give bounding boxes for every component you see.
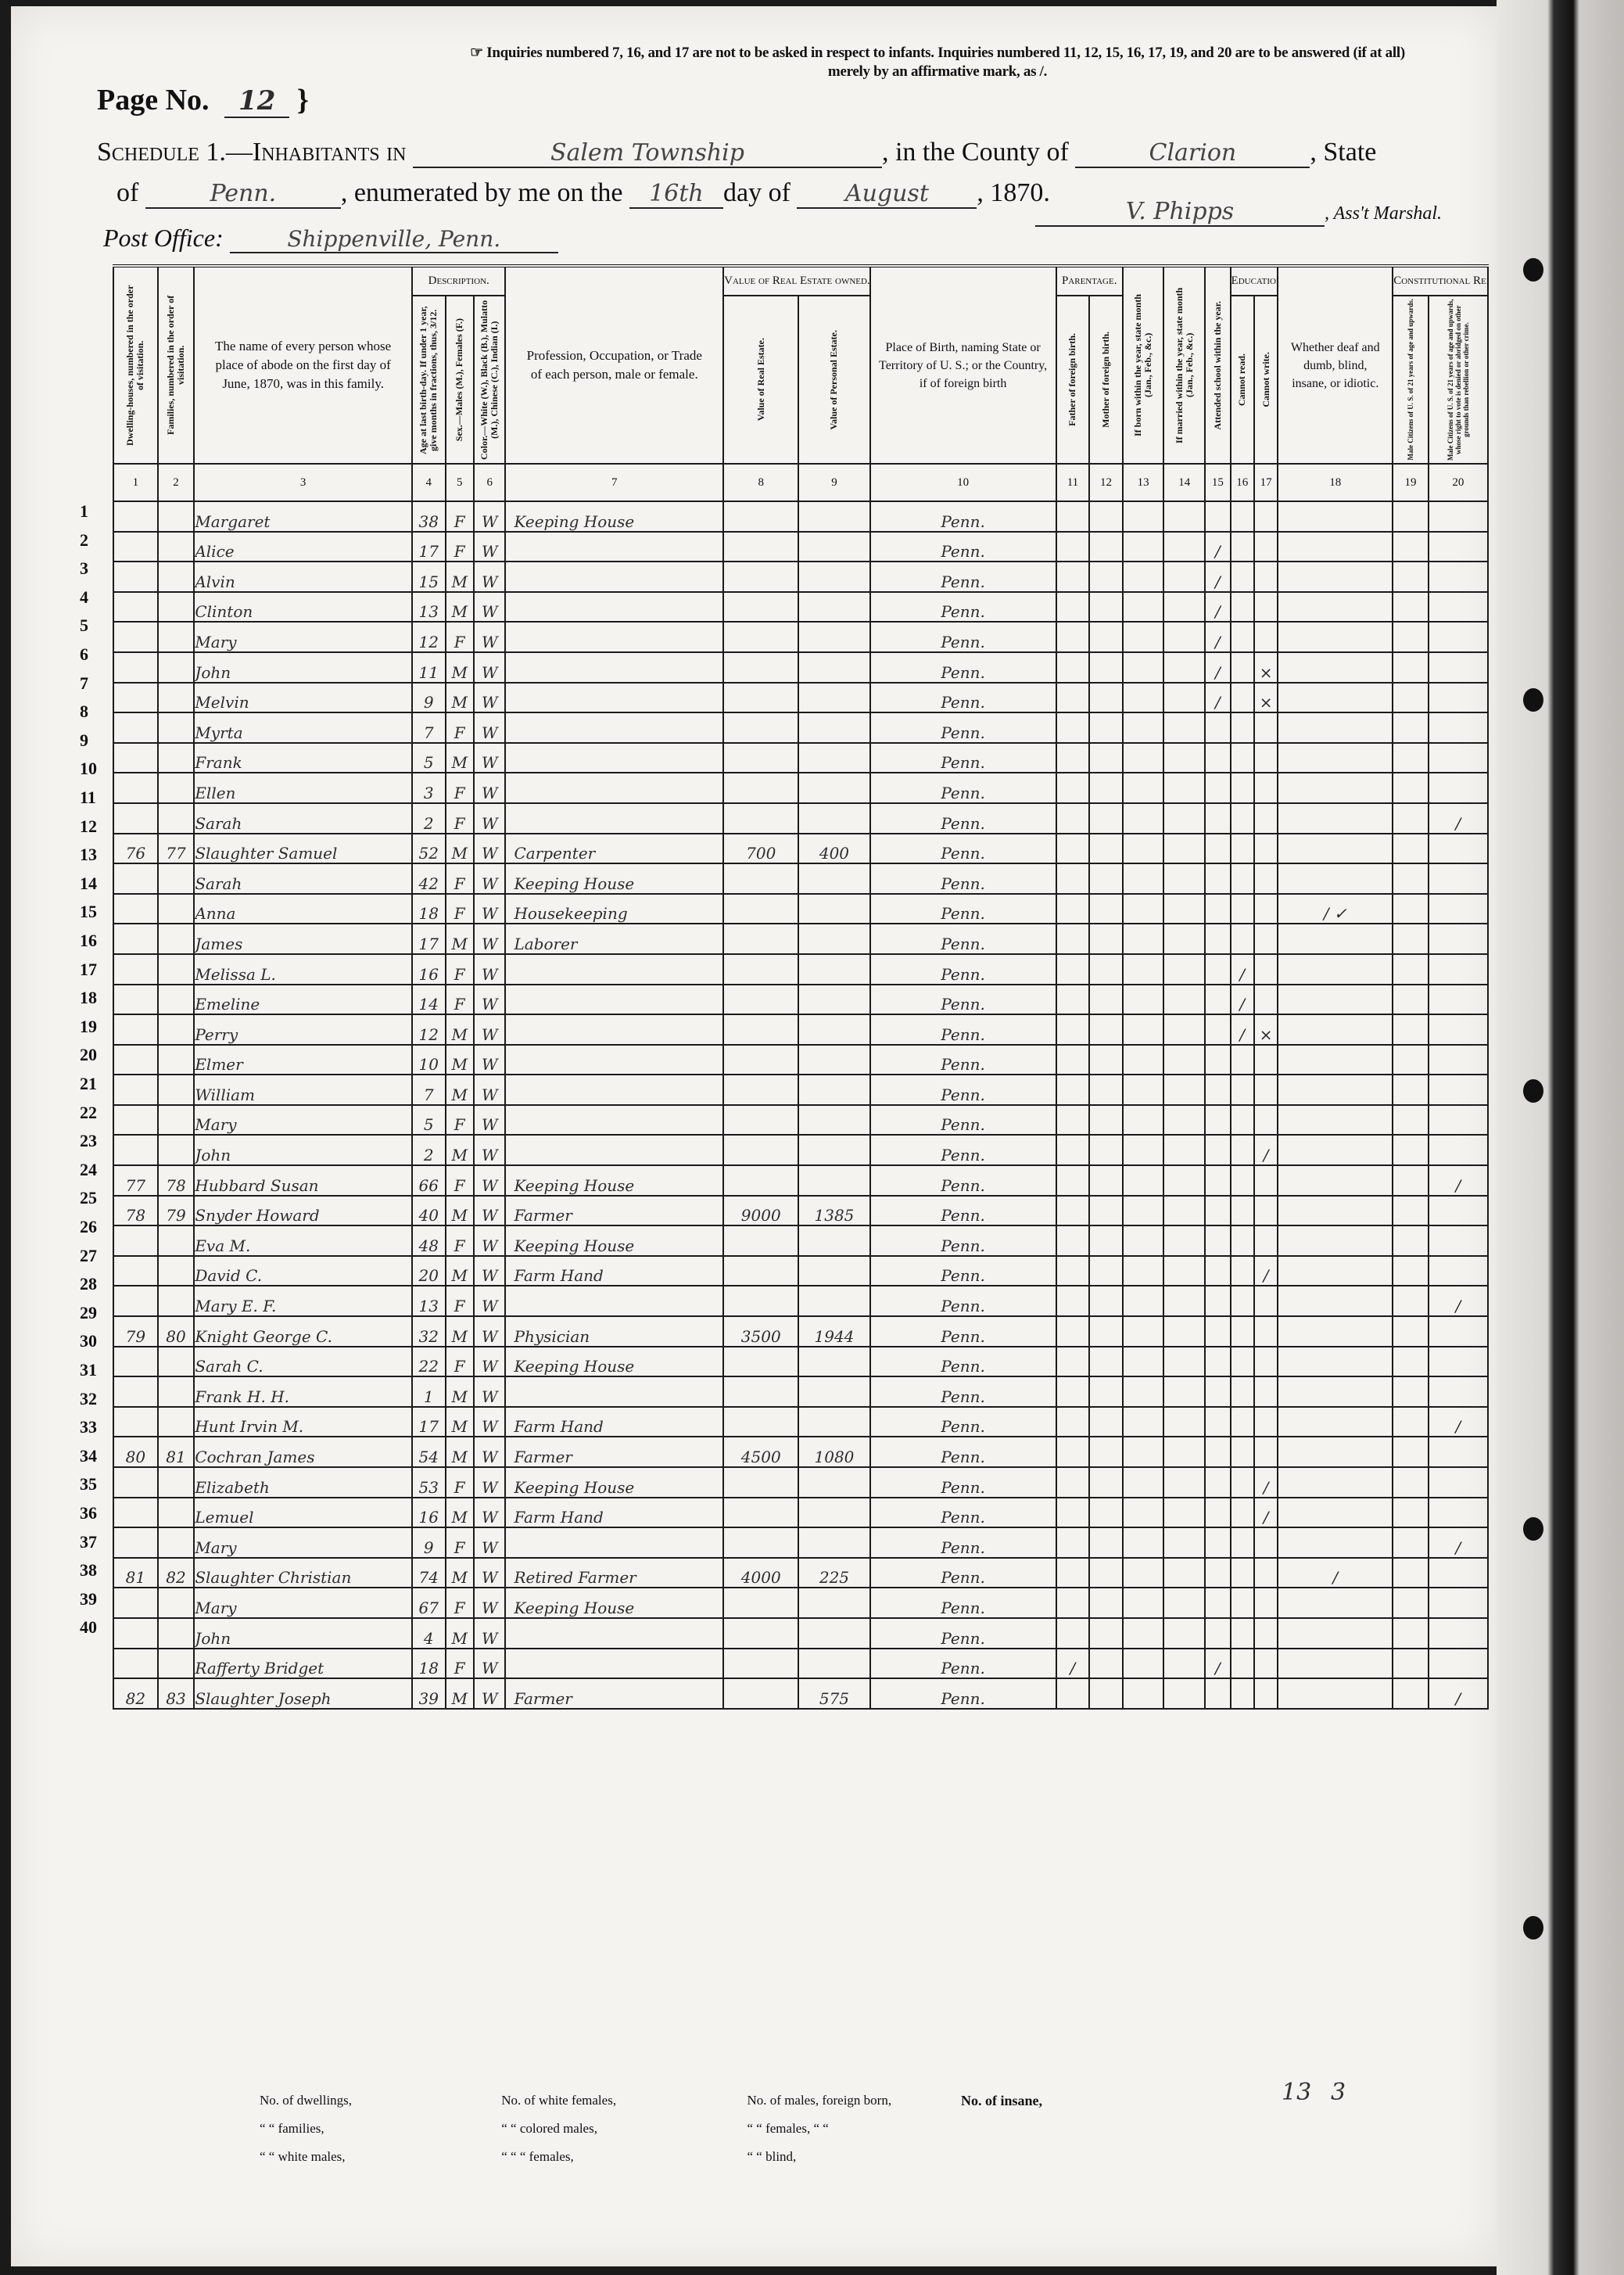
- personal-estate-value: [798, 562, 869, 592]
- column-number-2: 2: [158, 464, 195, 501]
- mother-foreign: [1089, 1286, 1123, 1316]
- binding-hole: [1523, 1079, 1543, 1103]
- page-number: Page No. 12 }: [97, 83, 309, 117]
- family-number: [158, 1498, 195, 1528]
- person-name: Perry: [194, 1014, 412, 1045]
- vote-denied: [1429, 894, 1488, 924]
- father-foreign: [1056, 894, 1090, 924]
- married-month: [1163, 803, 1205, 834]
- family-number: [158, 1407, 195, 1437]
- column-number-7: 7: [505, 464, 723, 501]
- cannot-read: [1231, 1135, 1254, 1165]
- attended-school: [1205, 1225, 1230, 1256]
- birthplace: Penn.: [870, 1558, 1056, 1588]
- col-header-real-estate: Value of Real Estate.: [723, 296, 798, 464]
- sex: F: [446, 894, 474, 924]
- col-header-color: Color.—White (W.), Black (B.), Mulatto (…: [474, 296, 506, 464]
- cannot-read: [1231, 1527, 1254, 1558]
- person-name: William: [194, 1075, 412, 1105]
- row-number-left: 20: [80, 1045, 97, 1065]
- cannot-read: [1231, 1286, 1254, 1316]
- personal-estate-value: [798, 1165, 869, 1196]
- age: 16: [412, 954, 446, 985]
- cannot-read: [1231, 622, 1254, 652]
- real-estate-value: [723, 773, 798, 803]
- personal-estate-value: [798, 924, 869, 954]
- page-label: Page No.: [97, 84, 210, 117]
- cannot-read: [1231, 894, 1254, 924]
- born-month: [1123, 924, 1164, 954]
- personal-estate-value: [798, 1256, 869, 1286]
- disability: [1278, 712, 1393, 743]
- sex: F: [446, 1165, 474, 1196]
- real-estate-value: [723, 1165, 798, 1196]
- row-number-left: 11: [80, 788, 96, 808]
- cannot-write: [1254, 1437, 1278, 1467]
- family-number: [158, 1014, 195, 1045]
- personal-estate-value: [798, 894, 869, 924]
- cannot-read: [1231, 592, 1254, 623]
- color: W: [474, 863, 506, 894]
- mother-foreign: [1089, 712, 1123, 743]
- attended-school: [1205, 1196, 1230, 1226]
- col-header-married-month: If married within the year, state month …: [1163, 266, 1205, 464]
- disability: [1278, 622, 1393, 652]
- father-foreign: [1056, 1165, 1090, 1196]
- age: 12: [412, 622, 446, 652]
- birthplace: Penn.: [870, 1165, 1056, 1196]
- real-estate-value: [723, 743, 798, 773]
- born-month: [1123, 532, 1164, 562]
- cannot-read: [1231, 1678, 1254, 1709]
- cannot-read: [1231, 1075, 1254, 1105]
- attended-school: [1205, 954, 1230, 985]
- father-foreign: [1056, 1225, 1090, 1256]
- real-estate-value: [723, 683, 798, 713]
- person-name: James: [194, 924, 412, 954]
- census-row: James17MWLaborerPenn.: [113, 924, 1488, 954]
- married-month: [1163, 712, 1205, 743]
- dwelling-number: [113, 1588, 158, 1618]
- mother-foreign: [1089, 773, 1123, 803]
- attended-school: /: [1205, 562, 1230, 592]
- summary-white-males: “ “ white males,: [260, 2143, 498, 2171]
- father-foreign: [1056, 863, 1090, 894]
- sex: M: [446, 743, 474, 773]
- mother-foreign: [1089, 1135, 1123, 1165]
- township-field: Salem Township: [413, 139, 882, 168]
- real-estate-value: [723, 1498, 798, 1528]
- male-citizen: [1393, 773, 1429, 803]
- father-foreign: [1056, 954, 1090, 985]
- sex: M: [446, 1437, 474, 1467]
- cannot-write: [1254, 1678, 1278, 1709]
- vote-denied: [1429, 1649, 1488, 1679]
- occupation: Keeping House: [505, 501, 723, 532]
- age: 53: [412, 1467, 446, 1498]
- col-header-male-citizens: Male Citizens of U. S. of 21 years of ag…: [1393, 296, 1429, 464]
- family-number: 82: [158, 1558, 195, 1588]
- census-row: Mary E. F.13FWPenn./: [113, 1286, 1488, 1316]
- personal-estate-value: [798, 803, 869, 834]
- occupation: Retired Farmer: [505, 1558, 723, 1588]
- cannot-write: [1254, 743, 1278, 773]
- color: W: [474, 1286, 506, 1316]
- person-name: John: [194, 1618, 412, 1649]
- color: W: [474, 1256, 506, 1286]
- attended-school: [1205, 1045, 1230, 1075]
- male-citizen: [1393, 803, 1429, 834]
- male-citizen: [1393, 683, 1429, 713]
- row-number-left: 5: [80, 615, 88, 636]
- cannot-write: ×: [1254, 683, 1278, 713]
- married-month: [1163, 592, 1205, 623]
- family-number: [158, 863, 195, 894]
- census-rows: Margaret38FWKeeping HousePenn.Alice17FWP…: [113, 501, 1488, 1709]
- notice-line-2: merely by an affirmative mark, as /.: [382, 63, 1493, 81]
- occupation: [505, 803, 723, 834]
- occupation: [505, 592, 723, 623]
- cannot-read: [1231, 743, 1254, 773]
- real-estate-value: 9000: [723, 1196, 798, 1226]
- cannot-write: [1254, 622, 1278, 652]
- real-estate-value: [723, 501, 798, 532]
- sex: M: [446, 1498, 474, 1528]
- person-name: Snyder Howard: [194, 1196, 412, 1226]
- born-month: [1123, 1527, 1164, 1558]
- binding-edge: [1497, 0, 1624, 2275]
- disability: [1278, 1165, 1393, 1196]
- father-foreign: [1056, 1135, 1090, 1165]
- cannot-read: [1231, 1376, 1254, 1407]
- father-foreign: [1056, 592, 1090, 623]
- person-name: Hubbard Susan: [194, 1165, 412, 1196]
- vote-denied: [1429, 1618, 1488, 1649]
- row-number-left: 2: [80, 530, 88, 551]
- color: W: [474, 985, 506, 1015]
- disability: [1278, 1437, 1393, 1467]
- cannot-read: [1231, 652, 1254, 683]
- census-row: Lemuel16MWFarm HandPenn./: [113, 1498, 1488, 1528]
- of-label: of: [117, 178, 138, 207]
- person-name: Frank H. H.: [194, 1376, 412, 1407]
- birthplace: Penn.: [870, 1588, 1056, 1618]
- schedule-label: Schedule 1.—Inhabitants in: [97, 138, 406, 167]
- cannot-read: [1231, 1256, 1254, 1286]
- disability: [1278, 1105, 1393, 1136]
- born-month: [1123, 1075, 1164, 1105]
- father-foreign: [1056, 1316, 1090, 1347]
- occupation: [505, 622, 723, 652]
- married-month: [1163, 1347, 1205, 1377]
- mother-foreign: [1089, 894, 1123, 924]
- family-number: [158, 743, 195, 773]
- male-citizen: [1393, 834, 1429, 864]
- dwelling-number: [113, 1347, 158, 1377]
- family-number: [158, 1588, 195, 1618]
- age: 13: [412, 592, 446, 623]
- dwelling-number: 80: [113, 1437, 158, 1467]
- dwelling-number: [113, 592, 158, 623]
- father-foreign: [1056, 924, 1090, 954]
- vote-denied: [1429, 985, 1488, 1015]
- mother-foreign: [1089, 562, 1123, 592]
- attended-school: [1205, 834, 1230, 864]
- cannot-write: [1254, 924, 1278, 954]
- male-citizen: [1393, 1407, 1429, 1437]
- attended-school: [1205, 1256, 1230, 1286]
- cannot-read: [1231, 1225, 1254, 1256]
- occupation: Farmer: [505, 1196, 723, 1226]
- dwelling-number: [113, 683, 158, 713]
- married-month: [1163, 562, 1205, 592]
- column-number-1: 1: [113, 464, 158, 501]
- family-number: [158, 592, 195, 623]
- disability: [1278, 803, 1393, 834]
- married-month: [1163, 773, 1205, 803]
- family-number: 80: [158, 1316, 195, 1347]
- disability: [1278, 1588, 1393, 1618]
- occupation: Keeping House: [505, 1467, 723, 1498]
- person-name: Ellen: [194, 773, 412, 803]
- summary-insane: No. of insane,: [961, 2093, 1042, 2109]
- age: 4: [412, 1618, 446, 1649]
- cannot-write: [1254, 1347, 1278, 1377]
- row-number-left: 12: [80, 816, 97, 837]
- vote-denied: [1429, 1225, 1488, 1256]
- vote-denied: [1429, 1135, 1488, 1165]
- row-number-left: 13: [80, 845, 97, 865]
- binding-hole: [1523, 688, 1543, 712]
- real-estate-value: [723, 712, 798, 743]
- age: 32: [412, 1316, 446, 1347]
- real-estate-value: [723, 652, 798, 683]
- group-header-description: Description.: [412, 266, 506, 296]
- father-foreign: [1056, 1467, 1090, 1498]
- sex: F: [446, 712, 474, 743]
- census-row: 8182Slaughter Christian74MWRetired Farme…: [113, 1558, 1488, 1588]
- mother-foreign: [1089, 863, 1123, 894]
- disability: [1278, 1618, 1393, 1649]
- age: 3: [412, 773, 446, 803]
- attended-school: [1205, 1437, 1230, 1467]
- cannot-write: [1254, 954, 1278, 985]
- married-month: [1163, 1467, 1205, 1498]
- cannot-read: [1231, 1618, 1254, 1649]
- mother-foreign: [1089, 1075, 1123, 1105]
- dwelling-number: [113, 1075, 158, 1105]
- column-number-5: 5: [446, 464, 474, 501]
- disability: [1278, 1075, 1393, 1105]
- color: W: [474, 501, 506, 532]
- family-number: [158, 924, 195, 954]
- sex: F: [446, 1649, 474, 1679]
- personal-estate-value: [798, 1014, 869, 1045]
- cannot-read: [1231, 1196, 1254, 1226]
- cannot-read: /: [1231, 1014, 1254, 1045]
- male-citizen: [1393, 863, 1429, 894]
- disability: [1278, 1286, 1393, 1316]
- birthplace: Penn.: [870, 1045, 1056, 1075]
- enumeration-line: of Penn., enumerated by me on the 16thda…: [117, 178, 1050, 209]
- male-citizen: [1393, 1558, 1429, 1588]
- cannot-write: [1254, 1527, 1278, 1558]
- cannot-read: [1231, 1347, 1254, 1377]
- male-citizen: [1393, 985, 1429, 1015]
- father-foreign: [1056, 1407, 1090, 1437]
- married-month: [1163, 1225, 1205, 1256]
- family-number: [158, 1135, 195, 1165]
- color: W: [474, 1165, 506, 1196]
- enumerated-label: , enumerated by me on the: [341, 178, 623, 207]
- age: 2: [412, 803, 446, 834]
- color: W: [474, 803, 506, 834]
- vote-denied: [1429, 1437, 1488, 1467]
- cannot-write: [1254, 985, 1278, 1015]
- father-foreign: [1056, 1105, 1090, 1136]
- occupation: [505, 712, 723, 743]
- personal-estate-value: [798, 1045, 869, 1075]
- column-number-16: 16: [1231, 464, 1254, 501]
- occupation: [505, 1045, 723, 1075]
- column-number-15: 15: [1205, 464, 1230, 501]
- occupation: Keeping House: [505, 863, 723, 894]
- color: W: [474, 1075, 506, 1105]
- mother-foreign: [1089, 1527, 1123, 1558]
- dwelling-number: [113, 562, 158, 592]
- father-foreign: [1056, 1558, 1090, 1588]
- male-citizen: [1393, 1135, 1429, 1165]
- family-number: 81: [158, 1437, 195, 1467]
- father-foreign: [1056, 1588, 1090, 1618]
- family-number: [158, 562, 195, 592]
- real-estate-value: [723, 592, 798, 623]
- vote-denied: [1429, 1498, 1488, 1528]
- vote-denied: /: [1429, 1527, 1488, 1558]
- color: W: [474, 1437, 506, 1467]
- attended-school: [1205, 803, 1230, 834]
- born-month: [1123, 954, 1164, 985]
- county-field: Clarion: [1075, 139, 1310, 168]
- row-number-left: 35: [80, 1474, 97, 1495]
- attended-school: [1205, 1467, 1230, 1498]
- mother-foreign: [1089, 1256, 1123, 1286]
- census-row: Rafferty Bridget18FWPenn.//: [113, 1649, 1488, 1679]
- mother-foreign: [1089, 501, 1123, 532]
- occupation: [505, 954, 723, 985]
- married-month: [1163, 1678, 1205, 1709]
- age: 10: [412, 1045, 446, 1075]
- father-foreign: [1056, 652, 1090, 683]
- male-citizen: [1393, 1588, 1429, 1618]
- row-number-left: 40: [80, 1617, 97, 1638]
- col-header-sex: Sex.—Males (M.), Females (F.): [446, 296, 474, 464]
- mother-foreign: [1089, 1165, 1123, 1196]
- married-month: [1163, 683, 1205, 713]
- occupation: [505, 1286, 723, 1316]
- married-month: [1163, 894, 1205, 924]
- person-name: Mary E. F.: [194, 1286, 412, 1316]
- father-foreign: [1056, 532, 1090, 562]
- occupation: [505, 985, 723, 1015]
- binding-hole: [1523, 1517, 1543, 1541]
- cannot-write: [1254, 773, 1278, 803]
- real-estate-value: [723, 532, 798, 562]
- married-month: [1163, 622, 1205, 652]
- vote-denied: [1429, 924, 1488, 954]
- col-header-birthplace: Place of Birth, naming State or Territor…: [870, 266, 1056, 464]
- cannot-write: /: [1254, 1135, 1278, 1165]
- mother-foreign: [1089, 1588, 1123, 1618]
- attended-school: /: [1205, 683, 1230, 713]
- sex: F: [446, 1105, 474, 1136]
- male-citizen: [1393, 1075, 1429, 1105]
- age: 17: [412, 532, 446, 562]
- father-foreign: [1056, 501, 1090, 532]
- cannot-read: [1231, 1558, 1254, 1588]
- day-field: 16th: [629, 180, 723, 209]
- attended-school: [1205, 1316, 1230, 1347]
- sex: F: [446, 1286, 474, 1316]
- born-month: [1123, 1105, 1164, 1136]
- vote-denied: [1429, 712, 1488, 743]
- personal-estate-value: [798, 501, 869, 532]
- born-month: [1123, 1678, 1164, 1709]
- age: 52: [412, 834, 446, 864]
- birthplace: Penn.: [870, 954, 1056, 985]
- personal-estate-value: [798, 532, 869, 562]
- cannot-read: [1231, 803, 1254, 834]
- family-number: [158, 622, 195, 652]
- family-number: [158, 683, 195, 713]
- cannot-read: [1231, 924, 1254, 954]
- birthplace: Penn.: [870, 712, 1056, 743]
- personal-estate-value: 1080: [798, 1437, 869, 1467]
- color: W: [474, 1498, 506, 1528]
- attended-school: [1205, 1165, 1230, 1196]
- person-name: Myrta: [194, 712, 412, 743]
- birthplace: Penn.: [870, 1105, 1056, 1136]
- father-foreign: [1056, 1618, 1090, 1649]
- male-citizen: [1393, 1498, 1429, 1528]
- married-month: [1163, 834, 1205, 864]
- census-row: David C.20MWFarm HandPenn./: [113, 1256, 1488, 1286]
- cannot-write: [1254, 1407, 1278, 1437]
- attended-school: [1205, 1678, 1230, 1709]
- personal-estate-value: [798, 1407, 869, 1437]
- dwelling-number: [113, 712, 158, 743]
- male-citizen: [1393, 1014, 1429, 1045]
- row-number-left: 10: [80, 759, 97, 779]
- person-name: John: [194, 1135, 412, 1165]
- born-month: [1123, 803, 1164, 834]
- sex: F: [446, 501, 474, 532]
- attended-school: [1205, 1407, 1230, 1437]
- row-number-left: 31: [80, 1360, 97, 1380]
- color: W: [474, 1649, 506, 1679]
- cannot-write: ×: [1254, 1014, 1278, 1045]
- vote-denied: /: [1429, 1407, 1488, 1437]
- attended-school: [1205, 1618, 1230, 1649]
- father-foreign: [1056, 1678, 1090, 1709]
- sex: F: [446, 863, 474, 894]
- vote-denied: [1429, 834, 1488, 864]
- male-citizen: [1393, 1286, 1429, 1316]
- dwelling-number: [113, 1014, 158, 1045]
- row-number-left: 18: [80, 988, 97, 1008]
- mother-foreign: [1089, 924, 1123, 954]
- person-name: Sarah: [194, 803, 412, 834]
